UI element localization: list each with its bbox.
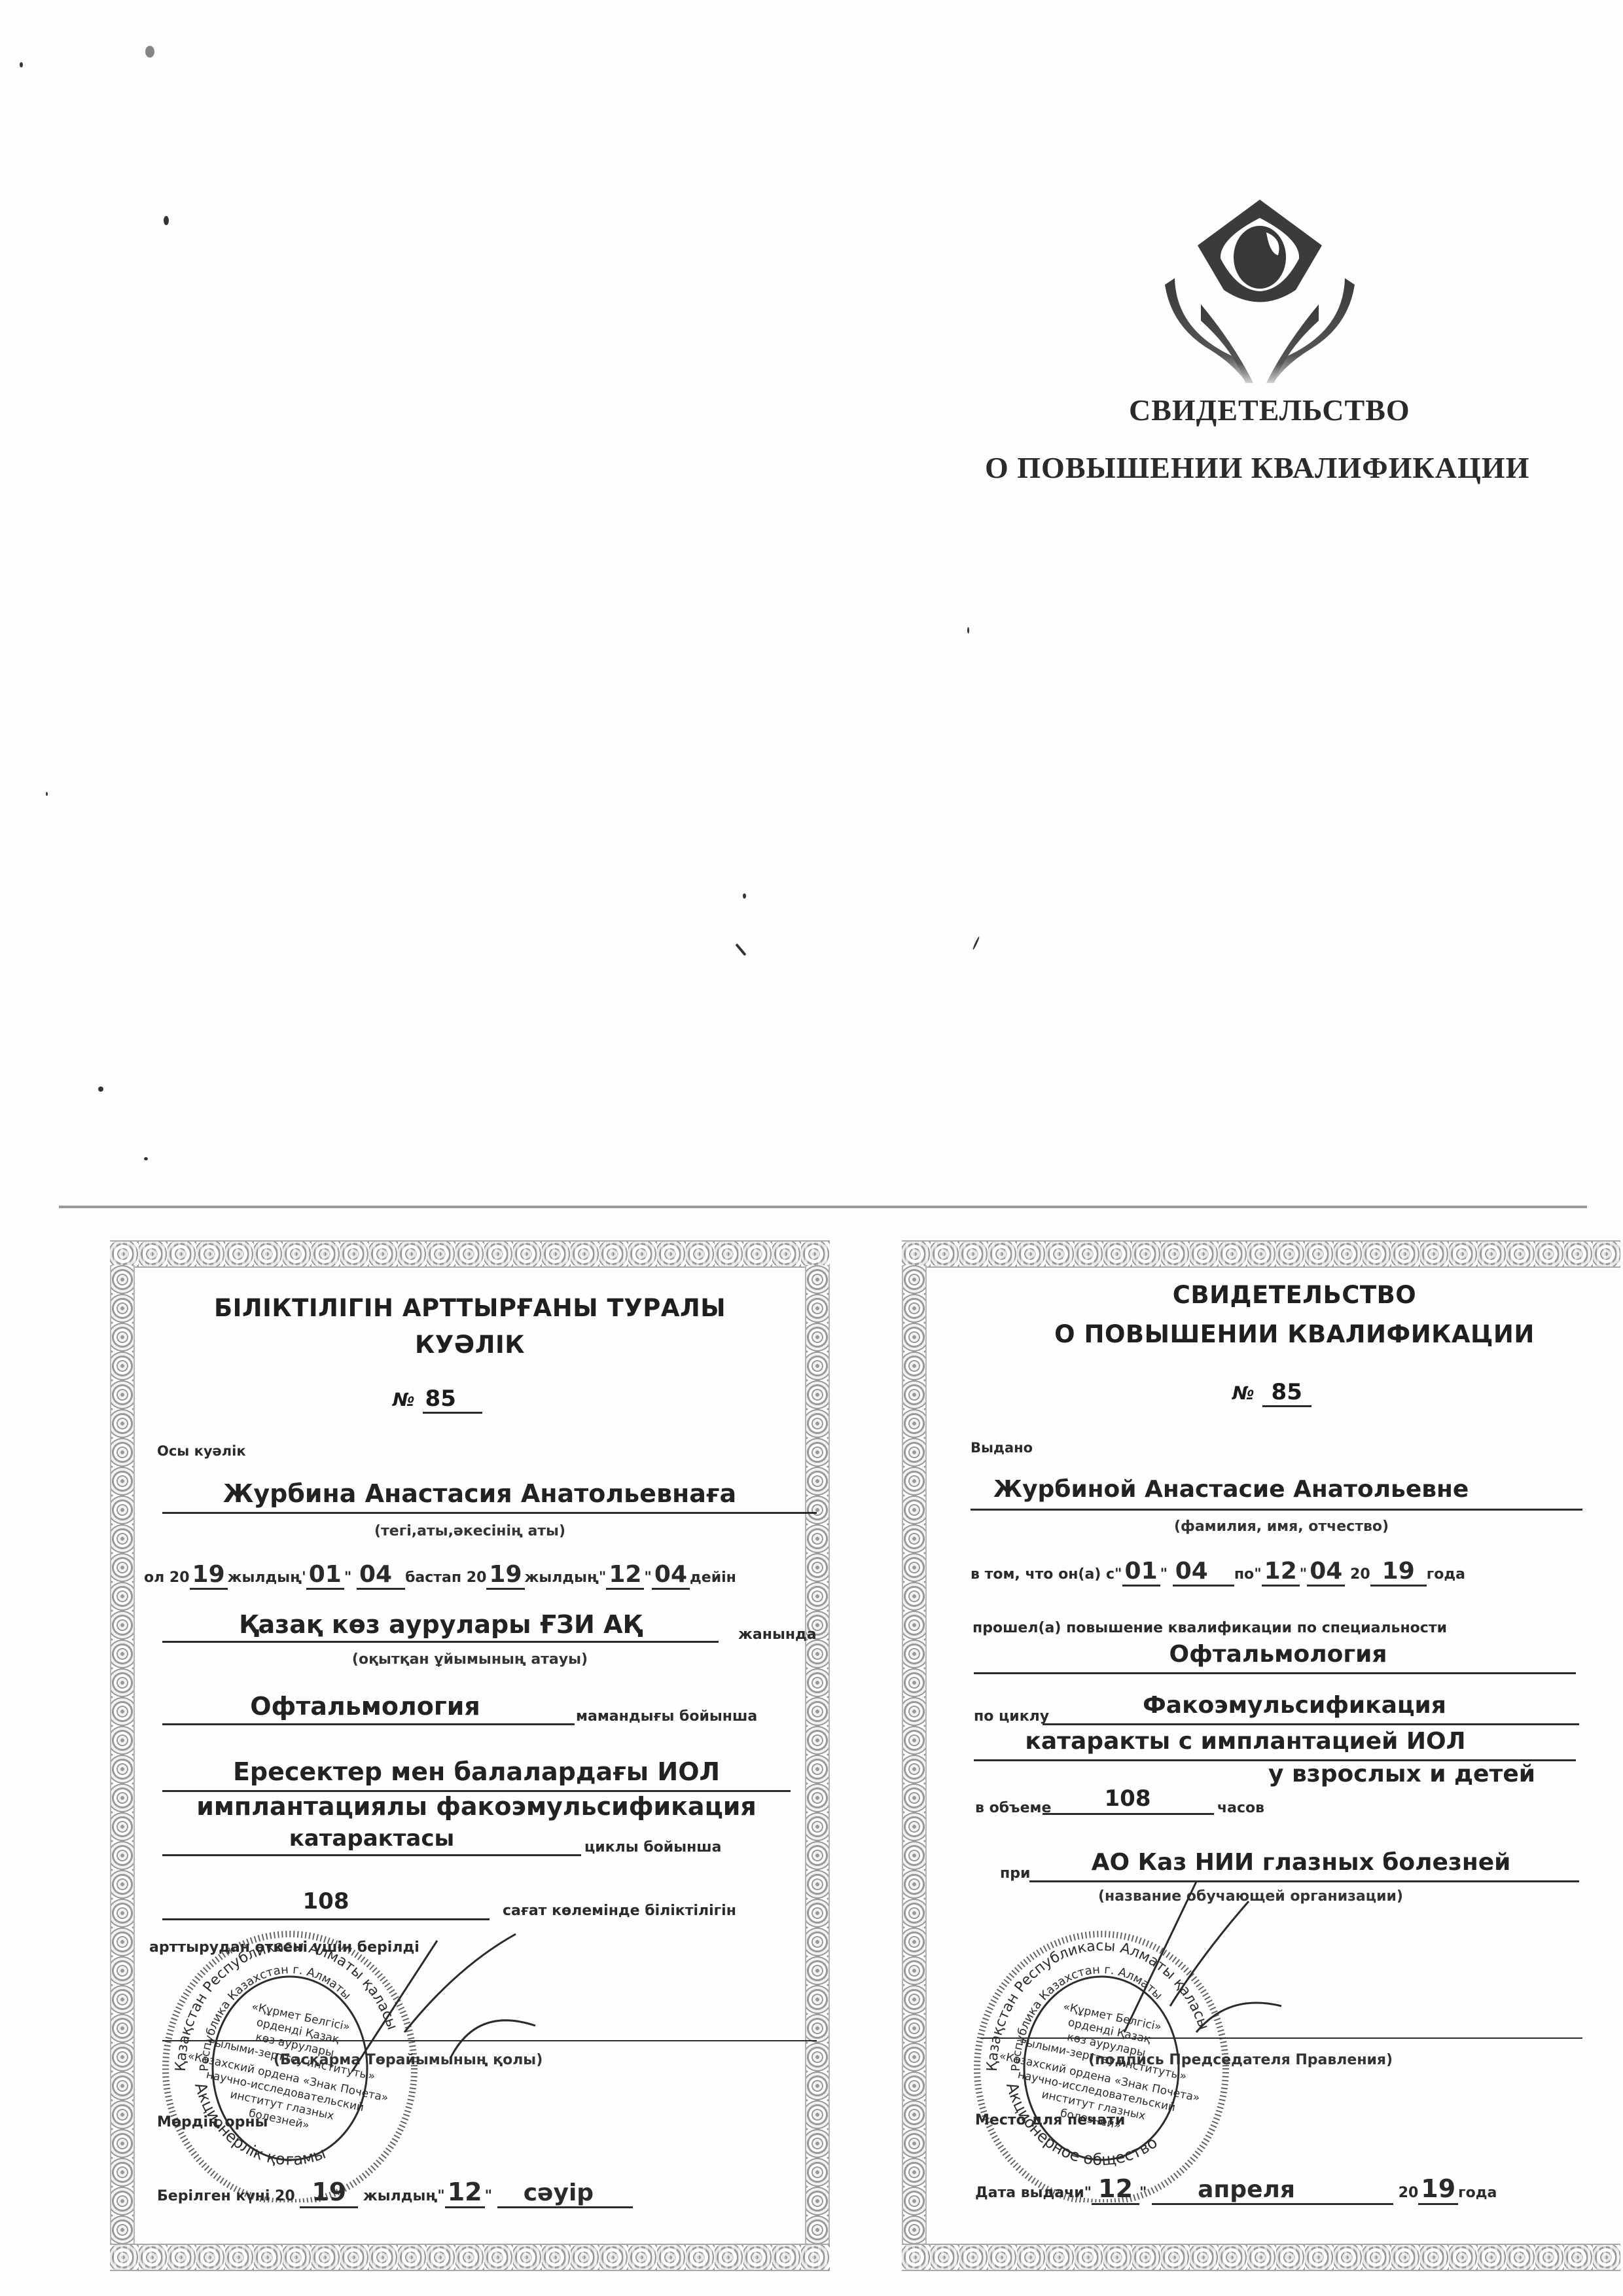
until-word: дейін	[690, 1570, 736, 1586]
underline	[162, 1512, 817, 1514]
specialty: Офтальмология	[974, 1641, 1582, 1668]
ornament-border-top	[902, 1240, 1620, 1268]
start-month: 04	[1173, 1558, 1234, 1587]
start-day: 01	[306, 1561, 344, 1590]
recipient-caption: (фамилия, имя, отчество)	[967, 1518, 1596, 1535]
scan-speck	[743, 893, 746, 899]
certificate-title-line2: О ПОВЫШЕНИИ КВАЛИФИКАЦИИ	[967, 1320, 1622, 1348]
scan-speck	[144, 1157, 148, 1160]
cycle-line-3: катарактасы	[162, 1825, 581, 1852]
number-label: №	[393, 1389, 415, 1410]
certificate-number: № 85	[1232, 1379, 1311, 1405]
cycle-suffix: циклы бойынша	[584, 1839, 722, 1856]
certificate-title: СВИДЕТЕЛЬСТВО	[967, 1281, 1622, 1309]
number-label: №	[1232, 1382, 1255, 1404]
year-word: года	[1427, 1566, 1465, 1583]
signature	[326, 1928, 542, 2078]
recipient-name: Журбина Анастасия Анатольевнаға	[162, 1479, 797, 1508]
certificate-title-line2: КУӘЛІК	[110, 1331, 830, 1359]
start-day: 01	[1122, 1558, 1160, 1587]
cycle-line-1: Факоэмульсификация	[1046, 1692, 1543, 1719]
underline	[162, 1854, 581, 1856]
fold-line	[59, 1206, 1587, 1208]
certificate-number: № 85	[393, 1386, 482, 1412]
cycle-line-2: имплантациялы факоэмульсификация	[162, 1792, 791, 1821]
number-value: 85	[423, 1386, 482, 1414]
ornament-border-top	[110, 1240, 830, 1268]
issue-year-prefix: 20	[1399, 2185, 1419, 2201]
recipient-name: Журбиной Анастасие Анатольевне	[974, 1476, 1609, 1503]
end-month: 04	[1307, 1558, 1345, 1587]
scan-speck	[967, 627, 969, 634]
issue-month: сәуір	[497, 2179, 633, 2208]
cover-title: СВИДЕТЕЛЬСТВО	[1129, 393, 1410, 427]
specialty-suffix: мамандығы бойынша	[576, 1708, 757, 1725]
period-prefix: ол 20	[144, 1570, 190, 1586]
hours: 108	[1043, 1785, 1213, 1812]
organization-caption: (оқытқан ұйымының атауы)	[110, 1651, 830, 1668]
scan-speck	[46, 792, 48, 796]
underline	[974, 1672, 1576, 1674]
cycle-line-2: катаракты с имплантацией ИОЛ	[974, 1728, 1517, 1755]
scan-speck	[164, 216, 169, 225]
ornament-border-left	[110, 1265, 135, 2246]
certificate-panel-kazakh: БІЛІКТІЛІГІН АРТТЫРҒАНЫ ТУРАЛЫ КУӘЛІК № …	[110, 1240, 830, 2271]
end-month: 04	[652, 1561, 690, 1590]
specialty: Офтальмология	[162, 1692, 568, 1721]
to-word: по	[1234, 1566, 1254, 1583]
issue-year: 19	[1418, 2174, 1458, 2205]
cycle-line-3: у взрослых и детей	[1268, 1761, 1535, 1787]
organization-name: АО Каз НИИ глазных болезней	[1029, 1849, 1573, 1876]
recipient-caption: (тегі,аты,әкесінің аты)	[110, 1523, 830, 1539]
intro-text: Осы куәлік	[157, 1443, 246, 1459]
start-year: 19	[190, 1561, 228, 1590]
completed-text: прошел(а) повышение квалификации по спец…	[972, 1620, 1447, 1636]
certificate-title: БІЛІКТІЛІГІН АРТТЫРҒАНЫ ТУРАЛЫ	[110, 1294, 830, 1322]
hours-label: в объеме	[975, 1800, 1051, 1816]
end-day: 12	[606, 1561, 644, 1590]
training-period: в том, что он(а) с"01" 04по"12"04 2019го…	[971, 1558, 1465, 1585]
issue-day: 12	[445, 2178, 485, 2208]
year-word: жылдың	[525, 1570, 599, 1586]
ornament-border-bottom	[902, 2244, 1620, 2271]
period-prefix: в том, что он(а) с	[971, 1566, 1115, 1583]
start-month: 04	[357, 1561, 405, 1590]
scan-speck	[735, 943, 746, 956]
year-word: жылдың	[228, 1570, 302, 1586]
hours-suffix: сағат көлемінде біліктілігін	[503, 1903, 736, 1919]
scan-speck	[20, 62, 23, 67]
intro-text: Выдано	[971, 1440, 1033, 1456]
org-label: при	[1000, 1865, 1030, 1882]
scan-speck	[145, 46, 154, 58]
ornament-border-right	[805, 1265, 830, 2246]
end-year: 19	[486, 1561, 524, 1590]
end-day: 12	[1262, 1558, 1300, 1587]
organization-suffix: жанында	[738, 1626, 817, 1643]
underline	[971, 1509, 1582, 1511]
number-value: 85	[1262, 1379, 1311, 1407]
signature	[1098, 1875, 1294, 2045]
eye-in-hands-icon	[1162, 193, 1358, 383]
year: 19	[1370, 1558, 1427, 1587]
ornament-border-bottom	[110, 2244, 830, 2271]
issue-year-word: года	[1458, 2185, 1497, 2201]
underline	[1043, 1723, 1579, 1725]
from-word: бастап 20	[405, 1570, 486, 1586]
hours: 108	[162, 1888, 490, 1914]
underline	[162, 1641, 719, 1643]
underline	[1043, 1813, 1214, 1815]
year-prefix: 20	[1350, 1566, 1370, 1583]
underline	[162, 1723, 575, 1725]
certificate-panel-russian: СВИДЕТЕЛЬСТВО О ПОВЫШЕНИИ КВАЛИФИКАЦИИ №…	[902, 1240, 1620, 2271]
training-period: ол 2019жылдың'01" 04бастап 2019жылдың"12…	[144, 1561, 736, 1588]
scan-speck	[972, 936, 980, 950]
cycle-label: по циклу	[974, 1708, 1049, 1725]
cycle-line-1: Ересектер мен балалардағы ИОЛ	[162, 1757, 791, 1786]
hours-suffix: часов	[1217, 1800, 1264, 1816]
scan-speck	[98, 1086, 103, 1092]
ornament-border-left	[902, 1265, 927, 2246]
underline	[162, 1918, 490, 1920]
organization-name: Қазақ көз аурулары ҒЗИ АҚ	[162, 1610, 719, 1639]
cover-subtitle: О ПОВЫШЕНИИ КВАЛИФИКАЦИИ	[985, 450, 1529, 485]
